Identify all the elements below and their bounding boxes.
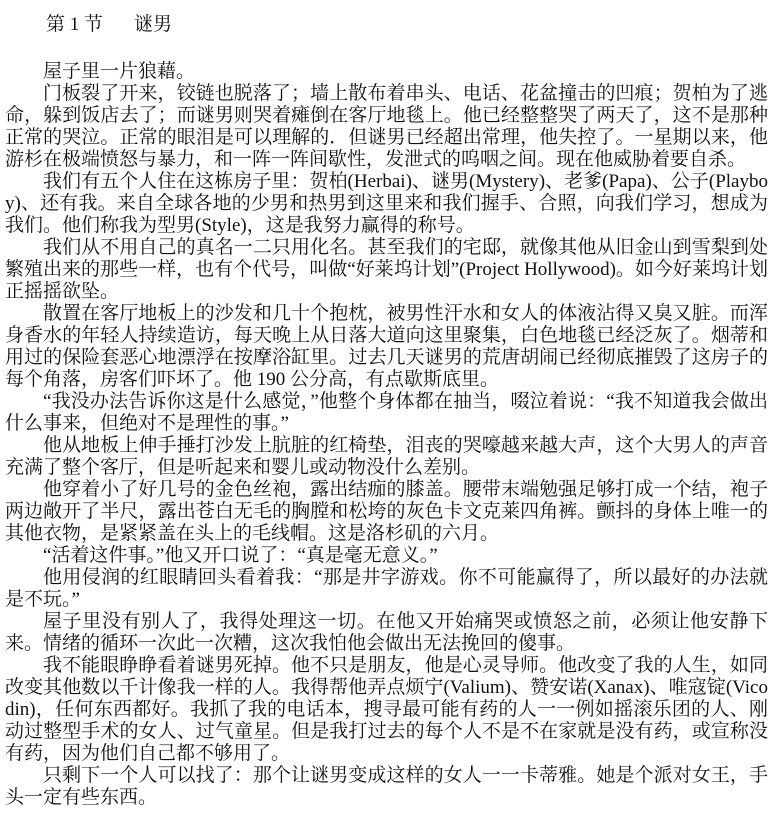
paragraph: 他从地板上伸手捶打沙发上肮脏的红椅垫，泪丧的哭嚎越来越大声，这个大男人的声音充满… (5, 435, 768, 479)
paragraph: 他穿着小了好几号的金色丝袍，露出结痂的膝盖。腰带末端勉强足够打成一个结，袍子两边… (5, 479, 768, 545)
paragraph: “活着这件事。”他又开口说了：“真是毫无意义。” (5, 545, 768, 567)
paragraph: 我们有五个人住在这栋房子里：贺柏(Herbai)、谜男(Mystery)、老爹(… (5, 171, 768, 237)
paragraph: 屋子里一片狼藉。 (5, 61, 768, 83)
paragraph: 门板裂了开来，铰链也脱落了；墙上散布着串头、电话、花盆撞击的凹痕；贺柏为了逃命，… (5, 83, 768, 171)
paragraph: 他用侵润的红眼睛回头看着我：“那是井字游戏。你不可能赢得了，所以最好的办法就是不… (5, 567, 768, 611)
paragraph: 屋子里没有别人了，我得处理这一切。在他又开始痛哭或愤怒之前，必须让他安静下来。情… (5, 611, 768, 655)
section-title: 谜男 (134, 14, 172, 35)
section-heading: 第 1 节谜男 (5, 14, 768, 36)
paragraph: 我不能眼睁睁看着谜男死掉。他不只是朋友，他是心灵导师。他改变了我的人生，如同改变… (5, 655, 768, 765)
paragraph: 我们从不用自己的真名一二只用化名。甚至我们的宅邸，就像其他从旧金山到雪梨到处繁殖… (5, 237, 768, 303)
section-number: 第 1 节 (46, 14, 103, 35)
book-page: 第 1 节谜男 屋子里一片狼藉。 门板裂了开来，铰链也脱落了；墙上散布着串头、电… (0, 0, 772, 830)
paragraph: “我没办法告诉你这是什么感觉，”他整个身体都在抽当，啜泣着说：“我不知道我会做出… (5, 391, 768, 435)
paragraph: 只剩下一个人可以找了：那个让谜男变成这样的女人一一卡蒂雅。她是个派对女王，手头一… (5, 765, 768, 809)
body-text: 屋子里一片狼藉。 门板裂了开来，铰链也脱落了；墙上散布着串头、电话、花盆撞击的凹… (5, 61, 768, 809)
paragraph: 散置在客厅地板上的沙发和几十个抱枕，被男性汗水和女人的体液沾得又臭又脏。而浑身香… (5, 303, 768, 391)
